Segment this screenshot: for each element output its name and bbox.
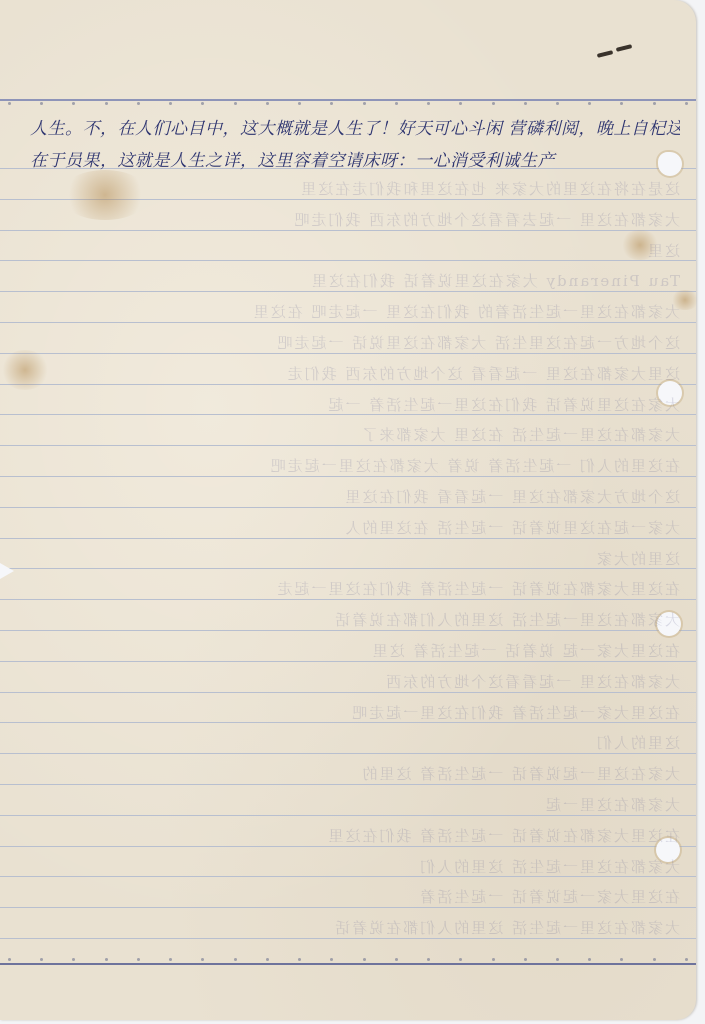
bleed-through-line: 大家在这里一起说着话 一起生活着 这里的 xyxy=(20,763,680,784)
ruled-line xyxy=(0,384,696,385)
rule-dot xyxy=(8,102,11,105)
rule-dot xyxy=(459,958,462,961)
rule-dot xyxy=(459,102,462,105)
bleed-through-line: 大家都在这里一起 xyxy=(20,794,680,815)
ruled-line xyxy=(0,692,696,693)
bleed-through-line: 这个地方大家都在这里 一起看看 我们在这里 xyxy=(20,486,680,507)
rule-dot xyxy=(524,102,527,105)
bleed-through-line: Tau Pinerandy 大家在这里说着话 我们在这里 xyxy=(20,270,680,291)
rule-dot xyxy=(105,958,108,961)
bleed-through-line: 大家在这里说着话 我们在这里一起生活着 一起 xyxy=(20,394,680,415)
rule-dot xyxy=(40,958,43,961)
rule-dot xyxy=(395,958,398,961)
rule-dot xyxy=(588,958,591,961)
rule-dot xyxy=(492,958,495,961)
rule-dot xyxy=(363,102,366,105)
rule-dot xyxy=(620,102,623,105)
rule-dot xyxy=(266,102,269,105)
bleed-through-line: 这里 xyxy=(20,240,680,261)
bleed-through-line: 这里大家都在这里 一起看看 这个地方的东西 我们走 xyxy=(20,363,680,384)
bleed-through-line: 大家都在这里 一起去看看这个地方的东西 我们走吧 xyxy=(20,209,680,230)
rule-dot xyxy=(653,958,656,961)
rule-dot xyxy=(201,102,204,105)
staple-mark xyxy=(616,44,632,52)
top-margin-rule xyxy=(0,99,696,101)
rule-dot xyxy=(620,958,623,961)
rule-dot xyxy=(363,958,366,961)
staple-mark xyxy=(597,50,613,58)
bleed-through-line: 大家都在这里一起生活 在这里 大家都来了 xyxy=(20,424,680,445)
rule-dot xyxy=(492,102,495,105)
rule-dot xyxy=(298,102,301,105)
rule-dot xyxy=(72,958,75,961)
ruled-line xyxy=(0,815,696,816)
bleed-through-line: 大家都在这里 一起看看这个地方的东西 xyxy=(20,671,680,692)
bleed-through-line: 这是在将在这里的大家来 也在这里和我们走在这里 xyxy=(20,178,680,199)
rule-dot xyxy=(653,102,656,105)
rule-dot xyxy=(234,958,237,961)
top-rule-dots xyxy=(8,102,688,105)
rule-dot xyxy=(330,958,333,961)
rule-dot xyxy=(266,958,269,961)
rule-dot xyxy=(330,102,333,105)
bleed-through-line: 大家都在这里一起生活 这里的人们 xyxy=(20,856,680,877)
ruled-line xyxy=(0,230,696,231)
ruled-line xyxy=(0,846,696,847)
bleed-through-line: 大家一起在这里说着话 一起生活 在这里的人 xyxy=(20,517,680,538)
rule-dot xyxy=(427,102,430,105)
rule-dot xyxy=(72,102,75,105)
ruled-line xyxy=(0,538,696,539)
bleed-through-line: 在这里大家都在说着话 一起生活着 我们在这里 xyxy=(20,825,680,846)
bleed-through-line: 大家都在这里一起生活 这里的人们都在说着话 xyxy=(20,609,680,630)
rule-dot xyxy=(137,958,140,961)
rule-dot xyxy=(685,102,688,105)
rule-dot xyxy=(201,958,204,961)
rule-dot xyxy=(169,958,172,961)
rule-dot xyxy=(556,958,559,961)
handwritten-line-1: 人生。不，在人们心目中，这大概就是人生了！好天可心斗闲 营磷利阅，晚上自杞这些利… xyxy=(30,114,680,139)
ruled-line xyxy=(0,507,696,508)
ruled-line xyxy=(0,353,696,354)
rule-dot xyxy=(395,102,398,105)
edge-notch xyxy=(0,563,14,579)
rule-dot xyxy=(137,102,140,105)
ruled-line xyxy=(0,661,696,662)
rule-dot xyxy=(8,958,11,961)
rule-dot xyxy=(556,102,559,105)
bleed-through-line: 这里的大家 xyxy=(20,548,680,569)
bottom-margin-rule xyxy=(0,963,696,965)
rule-dot xyxy=(427,958,430,961)
bleed-through-line: 在这里大家都在说着话 一起生活着 我们在这里一起走 xyxy=(20,578,680,599)
bleed-through-line: 在这里大家一起生活着 我们在这里一起走吧 xyxy=(20,702,680,723)
notebook-page: 这是在将在这里的大家来 也在这里和我们走在这里大家都在这里 一起去看看这个地方的… xyxy=(0,0,696,1020)
bottom-rule-dots xyxy=(8,958,688,961)
rule-dot xyxy=(524,958,527,961)
rule-dot xyxy=(105,102,108,105)
bleed-through-line: 在这里的人们 一起生活着 说着 大家都在这里一起走吧 xyxy=(20,455,680,476)
rule-dot xyxy=(40,102,43,105)
bleed-through-line: 这里的人们 xyxy=(20,732,680,753)
rule-dot xyxy=(685,958,688,961)
rule-dot xyxy=(169,102,172,105)
rule-dot xyxy=(234,102,237,105)
rule-dot xyxy=(588,102,591,105)
handwritten-line-2: 在于员果，这就是人生之详，这里容着空请床呀：一心消受利诚生产 xyxy=(30,146,680,171)
bleed-through-line: 这个地方一起在这里生活 大家都在这里说话 一起走吧 xyxy=(20,332,680,353)
rule-dot xyxy=(298,958,301,961)
bleed-through-line: 大家都在这里一起生活着的 我们在这里 一起走吧 在这里 xyxy=(20,301,680,322)
bleed-through-line: 在这里大家一起 说着话 一起生活着 这里 xyxy=(20,640,680,661)
bleed-through-line: 大家都在这里一起生活 这里的人们都在说着话 xyxy=(20,917,680,938)
bleed-through-line: 在这里大家一起说着话 一起生活着 xyxy=(20,886,680,907)
